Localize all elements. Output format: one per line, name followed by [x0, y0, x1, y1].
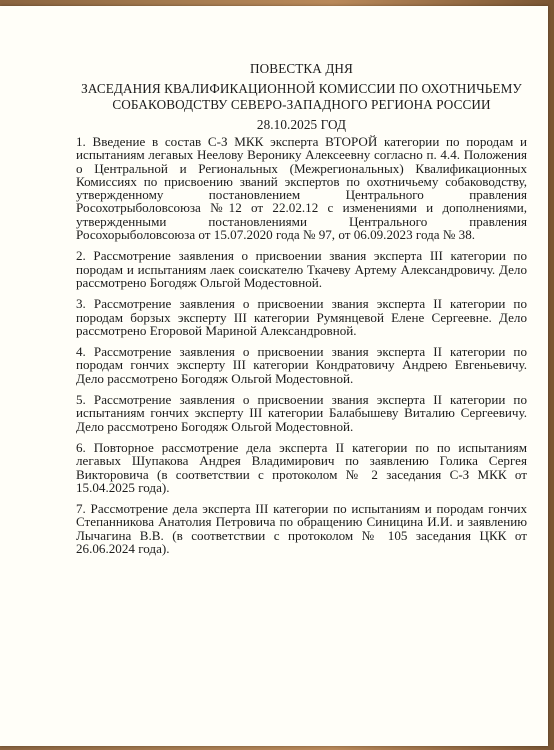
- agenda-item-7: 7. Рассмотрение дела эксперта III катего…: [76, 502, 527, 555]
- agenda-item-4: 4. Рассмотрение заявления о присвоении з…: [76, 345, 527, 385]
- agenda-items-list: 1. Введение в состав С-З МКК эксперта ВТ…: [76, 135, 527, 563]
- agenda-item-2: 2. Рассмотрение заявления о присвоении з…: [76, 249, 527, 289]
- agenda-item-1: 1. Введение в состав С-З МКК эксперта ВТ…: [76, 135, 527, 241]
- agenda-paper-sheet: ПОВЕСТКА ДНЯ ЗАСЕДАНИЯ КВАЛИФИКАЦИОННОЙ …: [0, 6, 548, 746]
- agenda-item-3: 3. Рассмотрение заявления о присвоении з…: [76, 297, 527, 337]
- document-date: 28.10.2025 ГОД: [76, 117, 527, 133]
- agenda-item-5: 5. Рассмотрение заявления о присвоении з…: [76, 393, 527, 433]
- document-subheading: ЗАСЕДАНИЯ КВАЛИФИКАЦИОННОЙ КОМИССИИ ПО О…: [72, 81, 531, 113]
- document-heading: ПОВЕСТКА ДНЯ: [76, 61, 527, 77]
- agenda-item-6: 6. Повторное рассмотрение дела эксперта …: [76, 441, 527, 494]
